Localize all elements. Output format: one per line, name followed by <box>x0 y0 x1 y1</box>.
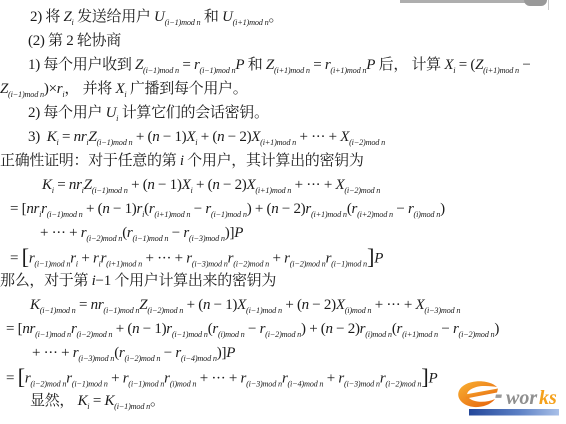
text-line: = [r(i−1)mod nri + rir(i+1)mod n + ··· +… <box>0 245 566 269</box>
text-line: = [nrir(i−1)mod n + (n − 1)ri(r(i+1)mod … <box>0 197 566 221</box>
text-line: = [nr(i−1)mod nr(i−2)mod n + (n − 1)r(i−… <box>0 317 566 341</box>
text-line: (2) 第 2 轮协商 <box>0 29 566 53</box>
document-page: { "page": { "background": "#ffffff", "te… <box>0 0 566 424</box>
text-line: Z(i−1)mod n)×ri， 并将 Xi 广播到每个用户。 <box>0 77 566 101</box>
text-line: + ··· + r(i−3)mod n(r(i−2)mod n − r(i−4)… <box>0 341 566 365</box>
logo-text-ks: ks <box>539 387 557 409</box>
logo-text-wor: wor <box>506 387 537 409</box>
text-line: 正确性证明：对于任意的第 i 个用户，其计算出的密钥为 <box>0 149 566 173</box>
logo-blue-bar <box>469 409 559 416</box>
cropped-ui-artifact-blob <box>524 0 547 6</box>
document-text: 2) 将 Zi 发送给用户 U(i−1)mod n 和 U(i+1)mod n。… <box>0 5 566 413</box>
logo-hyphen <box>495 395 502 398</box>
text-line: 3) Ki = nriZ(i−1)mod n + (n − 1)Xi + (n … <box>0 125 566 149</box>
text-line: + ··· + r(i−2)mod n(r(i−1)mod n − r(i−3)… <box>0 221 566 245</box>
eworks-e-icon <box>458 381 498 407</box>
text-line: 2) 每个用户 Ui 计算它们的会话密钥。 <box>0 101 566 125</box>
text-line: 1) 每个用户收到 Z(i−1)mod n = r(i−1)mod nP 和 Z… <box>0 53 566 77</box>
text-line: K(i−1)mod n = nr(i−1)mod nZ(i−2)mod n + … <box>0 293 566 317</box>
text-line: 2) 将 Zi 发送给用户 U(i−1)mod n 和 U(i+1)mod n。 <box>0 5 566 29</box>
text-line: Ki = nriZ(i−1)mod n + (n − 1)Xi + (n − 2… <box>0 173 566 197</box>
eworks-logo: wor ks <box>455 377 563 423</box>
text-line: 那么，对于第 i−1 个用户计算出来的密钥为 <box>0 269 566 293</box>
cropped-ui-artifact-line <box>548 0 549 10</box>
